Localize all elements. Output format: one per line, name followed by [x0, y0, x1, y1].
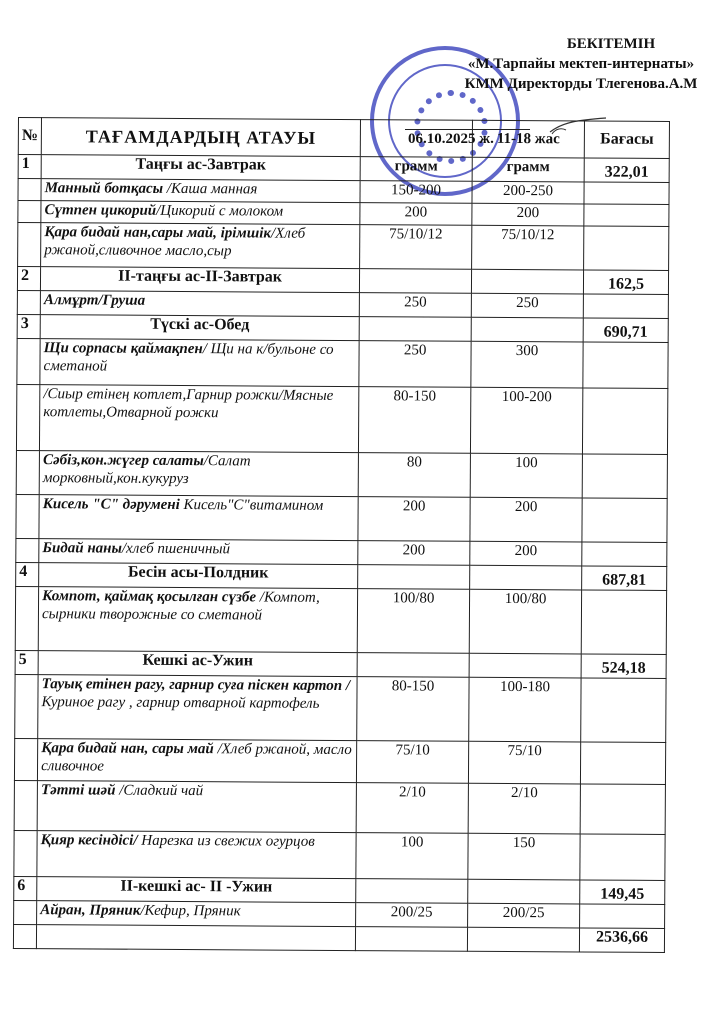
dish-name-kz: Сүтпен цикорий	[44, 202, 156, 219]
empty-cell	[14, 738, 37, 780]
section-price: 322,01	[584, 158, 669, 183]
empty-cell	[580, 904, 665, 929]
table-row: /Сиыр етінең котлет,Гарнир рожки/Мясные …	[16, 384, 667, 454]
empty-cell	[18, 223, 41, 267]
empty-cell	[582, 542, 667, 567]
empty-cell	[467, 927, 579, 952]
empty-cell	[18, 201, 41, 223]
unit-label: грамм	[360, 157, 472, 182]
dish-name-kz: Қияр кесіндісі/	[41, 832, 142, 849]
empty-cell	[14, 830, 37, 876]
portion-6-11: 100/80	[357, 589, 469, 654]
table-row: Қара бидай нан,сары май, ірімшік/Хлеб рж…	[18, 223, 669, 271]
section-price: 162,5	[583, 270, 668, 295]
dish-name: Тәтті шәй /Сладкий чай	[37, 781, 356, 833]
empty-cell	[358, 565, 470, 590]
section-number: 5	[15, 650, 38, 674]
dish-name-kz: Манный ботқасы	[45, 180, 167, 197]
portion-6-11: 200	[358, 497, 470, 542]
portion-11-18: 75/10/12	[472, 225, 584, 270]
section-price: 690,71	[583, 318, 668, 343]
section-number: 6	[14, 876, 37, 900]
header-number: №	[18, 118, 41, 155]
empty-cell	[16, 450, 39, 494]
dish-name-kz: Кисель "С" дәрумені	[43, 496, 180, 513]
dish-name-kz: Компот, қаймақ қосылған сүзбе	[42, 588, 256, 605]
portion-6-11: 75/10/12	[360, 225, 472, 270]
empty-cell	[359, 317, 471, 342]
empty-cell	[14, 900, 37, 924]
portion-11-18: 300	[471, 341, 583, 388]
empty-cell	[15, 586, 38, 650]
section-number: 1	[18, 155, 41, 179]
header-age-11-18: 11-18 жас	[472, 120, 584, 158]
dish-name: Қияр кесіндісі/ Нарезка из свежих огурцо…	[37, 831, 356, 879]
table-row: Сәбіз,кон.жүгер салаты/Салат морковный,к…	[16, 450, 667, 498]
empty-cell	[582, 454, 667, 499]
approval-director: КММ Директорды Тлегенова.А.М	[438, 74, 724, 94]
section-price: 149,45	[580, 880, 665, 905]
portion-6-11: 200/25	[356, 903, 468, 928]
dish-name-kz: Сәбіз,кон.жүгер салаты	[43, 452, 204, 469]
section-title: Таңғы ас-Завтрак	[41, 155, 360, 181]
section-price: 687,81	[582, 566, 667, 591]
dish-name-ru: Нарезка из свежих огурцов	[141, 833, 315, 850]
portion-11-18: 100-200	[470, 387, 582, 454]
table-row: Тауық етінен рагу, гарнир суға піскен ка…	[15, 674, 666, 742]
portion-11-18: 100	[470, 453, 582, 498]
empty-cell	[36, 925, 355, 951]
portion-11-18: 150	[468, 833, 580, 880]
dish-name-ru: /Сиыр етінең котлет,Гарнир рожки/Мясные …	[43, 386, 333, 421]
approval-org: «М.Тарпайы мектеп-интернаты»	[438, 54, 724, 74]
dish-name: Манный ботқасы /Каша манная	[41, 179, 360, 203]
dish-name-ru: /Цикорий с молоком	[156, 203, 283, 220]
portion-11-18: 2/10	[468, 783, 580, 834]
empty-cell	[581, 590, 666, 655]
empty-cell	[18, 179, 41, 201]
dish-name-kz: Алмұрт/Груша	[44, 292, 145, 309]
portion-6-11: 80-150	[358, 387, 470, 454]
portion-11-18: 200	[470, 497, 582, 542]
approval-title: БЕКІТЕМІН	[498, 34, 724, 54]
empty-cell	[17, 290, 40, 314]
empty-cell	[584, 204, 669, 227]
dish-name-ru: Кисель"С"витамином	[180, 497, 324, 514]
section-title: Кешкі ас-Ужин	[38, 651, 357, 677]
dish-name-kz: Қара бидай нан, сары май	[41, 740, 217, 757]
dish-name: Кисель "С" дәрумені Кисель"С"витамином	[39, 495, 358, 541]
section-title: ІІ-таңғы ас-ІІ-Завтрак	[41, 267, 360, 293]
dish-name: Сәбіз,кон.жүгер салаты/Салат морковный,к…	[39, 451, 358, 497]
table-row: Компот, қаймақ қосылған сүзбе /Компот, с…	[15, 586, 666, 654]
dish-name: Сүтпен цикорий/Цикорий с молоком	[41, 201, 360, 225]
dish-name-ru: Куриное рагу , гарнир отварной картофель	[41, 694, 319, 712]
empty-cell	[582, 498, 667, 543]
table-row: Қара бидай нан, сары май /Хлеб ржаной, м…	[14, 738, 665, 784]
table-row: Щи сорпасы қаймақпен/ Щи на к/бульоне со…	[17, 338, 668, 388]
empty-cell	[580, 834, 665, 881]
header-price: Бағасы	[584, 121, 669, 159]
dish-name-ru: /хлеб пшеничный	[122, 541, 230, 558]
empty-cell	[580, 784, 665, 835]
portion-6-11: 200	[358, 541, 470, 566]
empty-cell	[356, 879, 468, 904]
approval-block: БЕКІТЕМІН «М.Тарпайы мектеп-интернаты» К…	[438, 34, 724, 94]
portion-11-18: 200	[470, 541, 582, 566]
table-header-row: № ТАҒАМДАРДЫҢ АТАУЫ 6-11 жас 11-18 жас Б…	[18, 118, 669, 159]
dish-name-ru: /Сладкий чай	[119, 783, 203, 800]
dish-name-kz: Щи сорпасы қаймақпен	[44, 340, 203, 357]
empty-cell	[359, 269, 471, 294]
portion-6-11: 100	[356, 833, 468, 880]
empty-cell	[468, 879, 580, 904]
dish-name: Бидай наны/хлеб пшеничный	[39, 539, 358, 565]
table-row: Қияр кесіндісі/ Нарезка из свежих огурцо…	[14, 830, 665, 880]
dish-name-kz: Айран, Пряник	[40, 902, 140, 919]
portion-6-11: 250	[359, 293, 471, 318]
menu-table: № ТАҒАМДАРДЫҢ АТАУЫ 6-11 жас 11-18 жас Б…	[13, 117, 670, 953]
empty-cell	[583, 294, 668, 319]
empty-cell	[15, 674, 38, 738]
portion-11-18: 200/25	[468, 903, 580, 928]
dish-name-kz: Тауық етінен рагу, гарнир суға піскен ка…	[42, 676, 351, 694]
dish-name-kz: Тәтті шәй	[41, 782, 119, 798]
portion-6-11: 80-150	[357, 677, 469, 742]
unit-label: грамм	[472, 157, 584, 182]
dish-name: Тауық етінен рагу, гарнир суға піскен ка…	[38, 675, 357, 741]
table-row: Кисель "С" дәрумені Кисель"С"витамином20…	[16, 494, 667, 542]
portion-11-18: 200	[472, 203, 584, 226]
portion-6-11: 250	[359, 341, 471, 388]
portion-6-11: 80	[358, 453, 470, 498]
empty-cell	[16, 494, 39, 538]
portion-6-11: 75/10	[356, 741, 468, 784]
empty-cell	[471, 269, 583, 294]
section-number: 2	[17, 267, 40, 291]
header-dish-name: ТАҒАМДАРДЫҢ АТАУЫ	[41, 118, 360, 157]
empty-cell	[471, 317, 583, 342]
empty-cell	[469, 653, 581, 678]
empty-cell	[14, 780, 37, 830]
dish-name-ru: /Каша манная	[167, 181, 258, 198]
empty-cell	[357, 653, 469, 678]
dish-name: Қара бидай нан, сары май /Хлеб ржаной, м…	[38, 739, 357, 783]
section-title: Түскі ас-Обед	[40, 315, 359, 341]
empty-cell	[16, 538, 39, 562]
empty-cell	[583, 342, 668, 389]
empty-cell	[355, 927, 467, 952]
empty-cell	[582, 388, 667, 455]
dish-name: Компот, қаймақ қосылған сүзбе /Компот, с…	[38, 587, 357, 653]
dish-name-ru: /Кефир, Пряник	[140, 903, 240, 920]
empty-cell	[470, 565, 582, 590]
dish-name: /Сиыр етінең котлет,Гарнир рожки/Мясные …	[40, 385, 359, 453]
dish-name: Қара бидай нан,сары май, ірімшік/Хлеб рж…	[41, 223, 360, 269]
empty-cell	[580, 742, 665, 785]
section-title: ІІ-кешкі ас- ІІ -Ужин	[37, 877, 356, 903]
dish-name-kz: Қара бидай нан,сары май, ірімшік	[44, 224, 271, 241]
portion-11-18: 100/80	[469, 589, 581, 654]
portion-11-18: 100-180	[469, 677, 581, 742]
empty-cell	[581, 678, 666, 743]
portion-6-11: 2/10	[356, 783, 468, 834]
section-number: 4	[16, 562, 39, 586]
portion-11-18: 200-250	[472, 181, 584, 204]
dish-name-kz: Бидай наны	[42, 540, 122, 556]
portion-6-11: 150-200	[360, 181, 472, 204]
table-row: Тәтті шәй /Сладкий чай2/102/10	[14, 780, 665, 834]
dish-name: Щи сорпасы қаймақпен/ Щи на к/бульоне со…	[40, 339, 359, 387]
total-price: 2536,66	[579, 928, 664, 953]
empty-cell	[13, 924, 36, 948]
portion-11-18: 250	[471, 293, 583, 318]
dish-name: Айран, Пряник/Кефир, Пряник	[37, 901, 356, 927]
section-title: Бесін асы-Полдник	[39, 563, 358, 589]
portion-11-18: 75/10	[468, 741, 580, 784]
total-row: 2536,66	[13, 924, 664, 952]
dish-name: Алмұрт/Груша	[40, 291, 359, 317]
empty-cell	[584, 182, 669, 205]
portion-6-11: 200	[360, 203, 472, 226]
empty-cell	[17, 338, 40, 384]
section-price: 524,18	[581, 654, 666, 679]
section-number: 3	[17, 314, 40, 338]
empty-cell	[16, 384, 39, 450]
header-age-6-11: 6-11 жас	[360, 120, 472, 158]
empty-cell	[584, 226, 669, 271]
